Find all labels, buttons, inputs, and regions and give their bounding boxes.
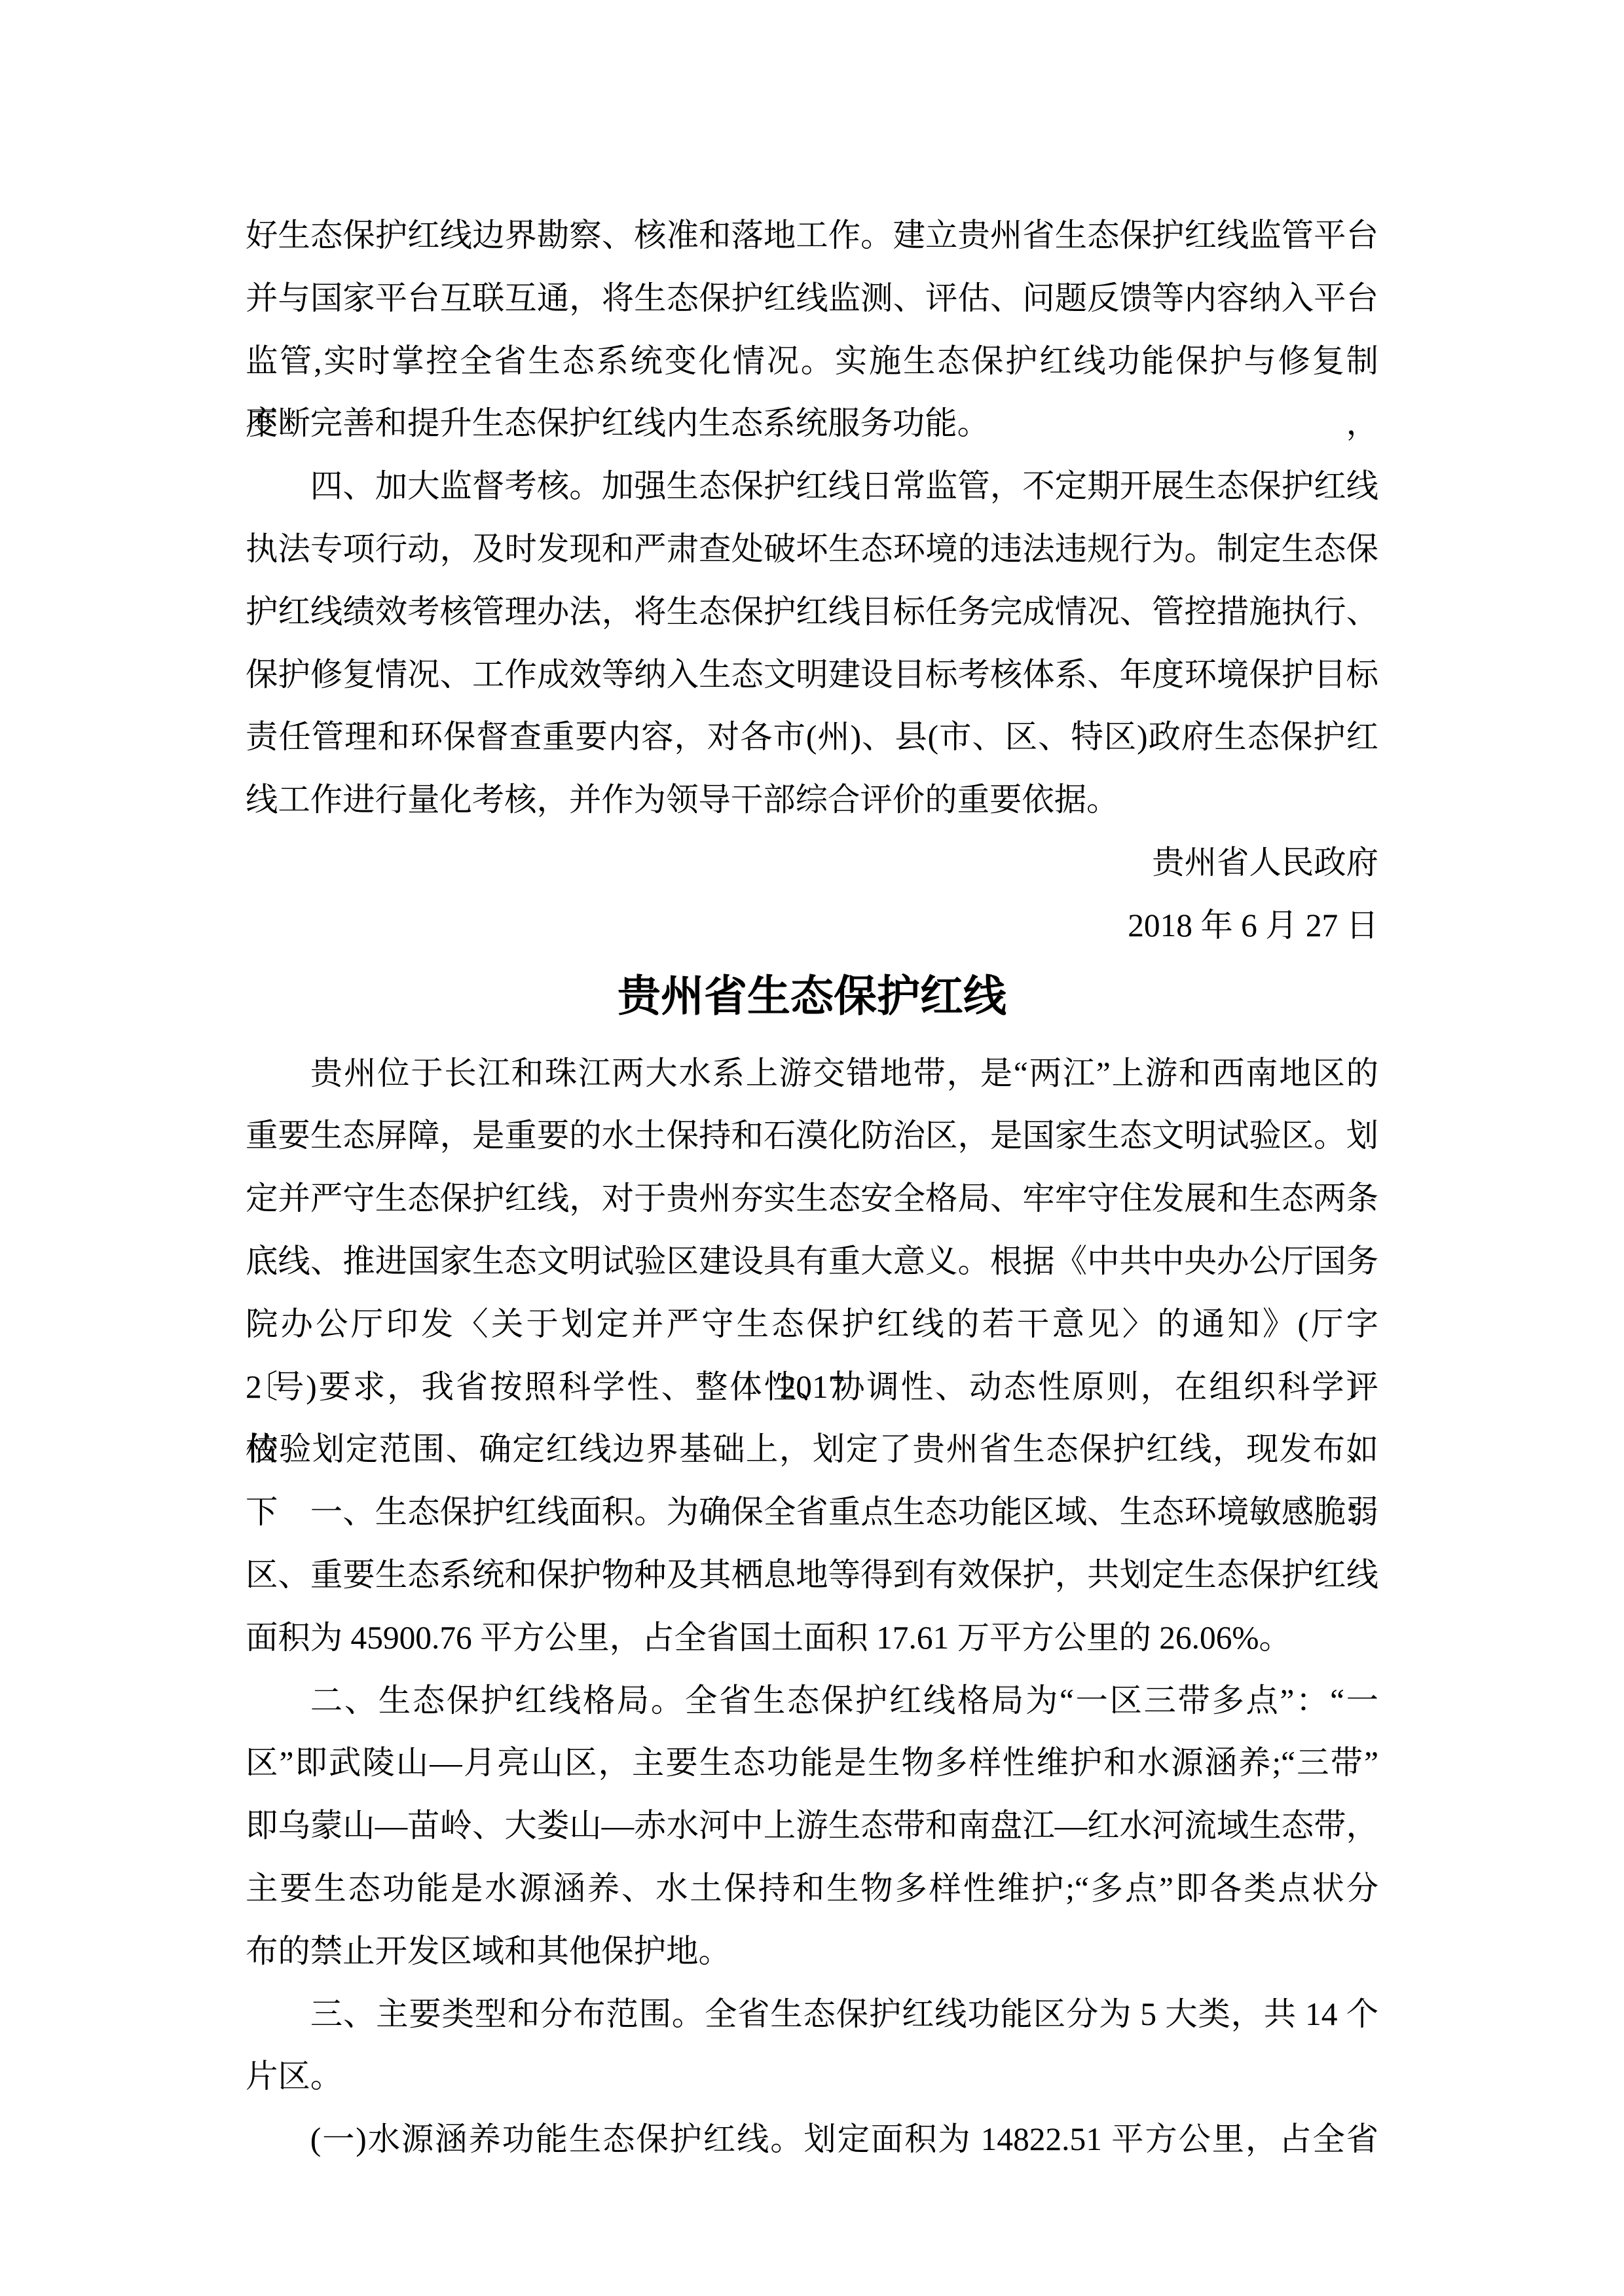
date-line: 2018 年 6 月 27 日: [246, 894, 1378, 957]
text-line: 二、生态保护红线格局。全省生态保护红线格局为“一区三带多点”：“一: [246, 1669, 1378, 1732]
text-line: 监管,实时掌控全省生态系统变化情况。实施生态保护红线功能保护与修复制度，: [246, 330, 1378, 393]
text-line: 院办公厅印发〈关于划定并严守生态保护红线的若干意见〉的通知》(厅字〔2017〕: [246, 1293, 1378, 1356]
para-section-1-area: 一、生态保护红线面积。为确保全省重点生态功能区域、生态环境敏感脆弱区、重要生态系…: [246, 1481, 1378, 1669]
text-line: 布的禁止开发区域和其他保护地。: [246, 1920, 1378, 1983]
para-section-3-types: 三、主要类型和分布范围。全省生态保护红线功能区分为 5 大类，共 14 个片区。: [246, 1983, 1378, 2109]
text-line: 重要生态屏障，是重要的水土保持和石漠化防治区，是国家生态文明试验区。划: [246, 1104, 1378, 1167]
text-line: 四、加大监督考核。加强生态保护红线日常监管，不定期开展生态保护红线: [246, 455, 1378, 518]
para-section-2-pattern: 二、生态保护红线格局。全省生态保护红线格局为“一区三带多点”：“一区”即武陵山—…: [246, 1669, 1378, 1983]
text-line: 主要生态功能是水源涵养、水土保持和生物多样性维护;“多点”即各类点状分: [246, 1857, 1378, 1920]
text-line: 贵州位于长江和珠江两大水系上游交错地带，是“两江”上游和西南地区的: [246, 1042, 1378, 1105]
document-title: 贵州省生态保护红线: [246, 957, 1378, 1042]
text-line: 2 号)要求，我省按照科学性、整体性、协调性、动态性原则，在组织科学评估、: [246, 1356, 1378, 1419]
text-line: 好生态保护红线边界勘察、核准和落地工作。建立贵州省生态保护红线监管平台: [246, 204, 1378, 267]
text-line: 底线、推进国家生态文明试验区建设具有重大意义。根据《中共中央办公厅国务: [246, 1230, 1378, 1293]
text-line: 并与国家平台互联互通，将生态保护红线监测、评估、问题反馈等内容纳入平台: [246, 267, 1378, 330]
text-line: 即乌蒙山—苗岭、大娄山—赤水河中上游生态带和南盘江—红水河流域生态带，: [246, 1795, 1378, 1857]
text-line: 校验划定范围、确定红线边界基础上，划定了贵州省生态保护红线，现发布如下：: [246, 1418, 1378, 1481]
para-platform-continuation: 好生态保护红线边界勘察、核准和落地工作。建立贵州省生态保护红线监管平台并与国家平…: [246, 204, 1378, 455]
document-page: 好生态保护红线边界勘察、核准和落地工作。建立贵州省生态保护红线监管平台并与国家平…: [0, 0, 1624, 2296]
text-line: 定并严守生态保护红线，对于贵州夯实生态安全格局、牢牢守住发展和生态两条: [246, 1167, 1378, 1230]
text-line: 面积为 45900.76 平方公里，占全省国土面积 17.61 万平方公里的 2…: [246, 1607, 1378, 1669]
text-line: 三、主要类型和分布范围。全省生态保护红线功能区分为 5 大类，共 14 个: [246, 1983, 1378, 2046]
text-line: 区”即武陵山—月亮山区，主要生态功能是生物多样性维护和水源涵养;“三带”: [246, 1732, 1378, 1795]
para-section-4-supervision: 四、加大监督考核。加强生态保护红线日常监管，不定期开展生态保护红线执法专项行动，…: [246, 455, 1378, 831]
para-intro: 贵州位于长江和珠江两大水系上游交错地带，是“两江”上游和西南地区的重要生态屏障，…: [246, 1042, 1378, 1482]
text-line: 护红线绩效考核管理办法，将生态保护红线目标任务完成情况、管控措施执行、: [246, 581, 1378, 644]
text-line: 片区。: [246, 2045, 1378, 2108]
text-line: 一、生态保护红线面积。为确保全省重点生态功能区域、生态环境敏感脆弱: [246, 1481, 1378, 1544]
text-line: 执法专项行动，及时发现和严肃查处破坏生态环境的违法违规行为。制定生态保: [246, 518, 1378, 581]
text-line: 区、重要生态系统和保护物种及其栖息地等得到有效保护，共划定生态保护红线: [246, 1544, 1378, 1607]
document-content: 好生态保护红线边界勘察、核准和落地工作。建立贵州省生态保护红线监管平台并与国家平…: [246, 204, 1378, 2171]
text-line: (一)水源涵养功能生态保护红线。划定面积为 14822.51 平方公里，占全省: [246, 2108, 1378, 2171]
text-line: 线工作进行量化考核，并作为领导干部综合评价的重要依据。: [246, 769, 1378, 831]
text-line: 保护修复情况、工作成效等纳入生态文明建设目标考核体系、年度环境保护目标: [246, 644, 1378, 706]
text-line: 责任管理和环保督查重要内容，对各市(州)、县(市、区、特区)政府生态保护红: [246, 706, 1378, 769]
para-item-1-water: (一)水源涵养功能生态保护红线。划定面积为 14822.51 平方公里，占全省: [246, 2108, 1378, 2171]
signature-line: 贵州省人民政府: [246, 831, 1378, 894]
